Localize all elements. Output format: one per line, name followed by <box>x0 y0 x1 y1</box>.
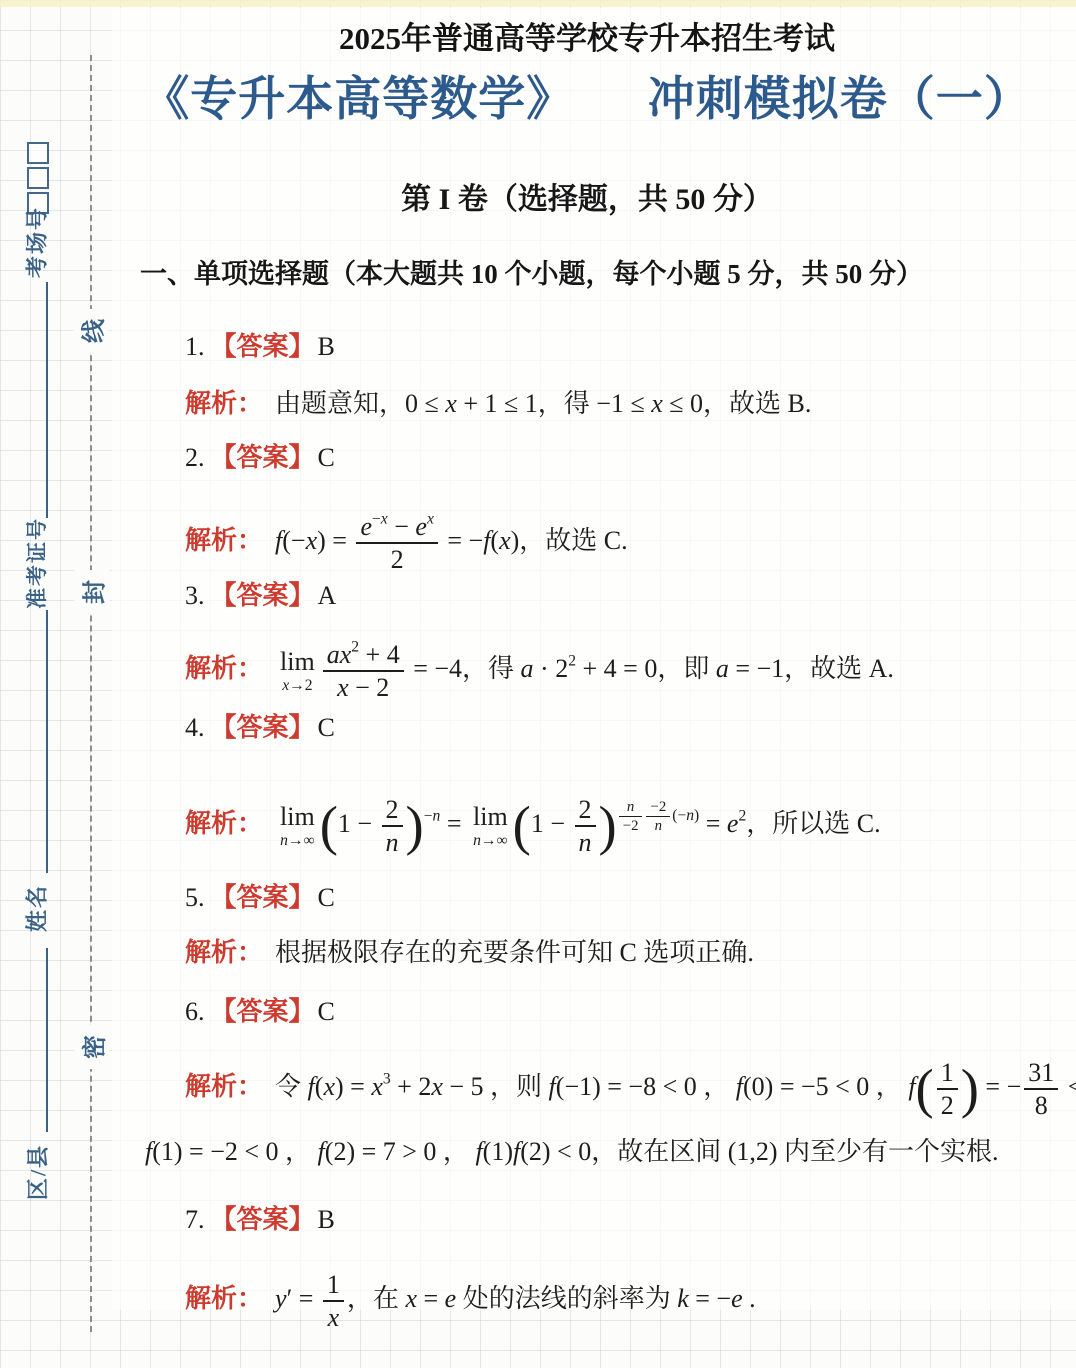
seal-char-feng: 封 <box>75 570 110 614</box>
item-1-solution-line: 解析：由题意知，0 ≤ x + 1 ≤ 1，得 −1 ≤ x ≤ 0，故选 B. <box>185 388 811 421</box>
answer-label: 【答案】 <box>211 883 315 912</box>
analysis-label: 解析： <box>185 654 263 683</box>
seal-char-line: 线 <box>74 309 109 353</box>
question-number: 5. <box>185 883 205 912</box>
paper-title-book: 《专升本高等数学》 <box>142 74 574 126</box>
admission-ticket-label: 准考证号 <box>21 517 51 609</box>
question-number: 1. <box>185 332 205 361</box>
answer-letter: B <box>318 1205 335 1234</box>
fill-in-line <box>46 282 48 518</box>
solution-math: limx→2ax2 + 4x − 2 = −4，得 a · 22 + 4 = 0… <box>275 654 894 683</box>
part-heading: 第 I 卷（选择题，共 50 分） <box>112 174 1062 218</box>
answer-letter: C <box>318 443 335 472</box>
answer-letter: C <box>318 997 335 1026</box>
item-5-solution-line: 解析：根据极限存在的充要条件可知 C 选项正确. <box>185 937 754 970</box>
item-4-answer-line: 4.【答案】C <box>185 712 335 745</box>
analysis-label: 解析： <box>185 938 263 967</box>
top-edge-tint <box>0 0 1076 7</box>
question-number: 4. <box>185 713 205 742</box>
item-6-solution-line-1: 解析：令 f(x) = x3 + 2x − 5 ，则 f(−1) = −8 < … <box>185 1058 1076 1120</box>
analysis-label: 解析： <box>185 526 263 555</box>
analysis-label: 解析： <box>185 389 263 418</box>
solution-math: limn→∞(1 − 2n)−n = limn→∞(1 − 2n)n−2−2n(… <box>275 809 881 838</box>
item-2-answer-line: 2.【答案】C <box>185 442 335 475</box>
answer-letter: C <box>318 883 335 912</box>
solution-math: f(1) = −2 < 0 ， f(2) = 7 > 0 ， f(1)f(2) … <box>145 1137 999 1166</box>
analysis-label: 解析： <box>185 809 263 838</box>
item-6-answer-line: 6.【答案】C <box>185 996 335 1029</box>
answer-label: 【答案】 <box>211 443 315 472</box>
paper-title: 《专升本高等数学》 冲刺模拟卷（一） <box>112 62 1062 129</box>
answer-letter: B <box>318 332 335 361</box>
item-7-answer-line: 7.【答案】B <box>185 1204 335 1237</box>
name-label: 姓名 <box>21 884 52 932</box>
district-label: 区/县 <box>22 1144 53 1200</box>
analysis-label: 解析： <box>185 1284 263 1313</box>
item-4-solution-line: 解析：limn→∞(1 − 2n)−n = limn→∞(1 − 2n)n−2−… <box>185 795 881 857</box>
item-3-solution-line: 解析：limx→2ax2 + 4x − 2 = −4，得 a · 22 + 4 … <box>185 640 894 702</box>
item-2-solution-line: 解析：f(−x) = e−x − ex2 = −f(x)，故选 C. <box>185 512 628 574</box>
answer-label: 【答案】 <box>211 713 315 742</box>
item-6-solution-line-2: f(1) = −2 < 0 ， f(2) = 7 > 0 ， f(1)f(2) … <box>145 1136 999 1169</box>
question-number: 3. <box>185 581 205 610</box>
answer-letter: A <box>318 581 337 610</box>
question-number: 2. <box>185 443 205 472</box>
fill-in-line <box>46 610 48 873</box>
seal-dashed-line <box>90 55 92 1332</box>
answer-label: 【答案】 <box>211 997 315 1026</box>
analysis-label: 解析： <box>185 1072 263 1101</box>
solution-math: f(−x) = e−x − ex2 = −f(x)，故选 C. <box>275 526 628 555</box>
item-1-answer-line: 1.【答案】B <box>185 331 335 364</box>
question-number: 6. <box>185 997 205 1026</box>
answer-label: 【答案】 <box>211 332 315 361</box>
answer-label: 【答案】 <box>211 1205 315 1234</box>
fill-in-line <box>46 948 48 1132</box>
solution-math: 由题意知，0 ≤ x + 1 ≤ 1，得 −1 ≤ x ≤ 0，故选 B. <box>275 389 811 418</box>
solution-math: y′ = 1x，在 x = e 处的法线的斜率为 k = −e . <box>275 1284 756 1313</box>
section-heading: 一、单项选择题（本大题共 10 个小题，每个小题 5 分，共 50 分） <box>140 252 923 291</box>
paper-title-volume: 冲刺模拟卷（一） <box>648 74 1032 126</box>
question-number: 7. <box>185 1205 205 1234</box>
item-5-answer-line: 5.【答案】C <box>185 882 335 915</box>
solution-math: 根据极限存在的充要条件可知 C 选项正确. <box>275 938 754 967</box>
exam-title: 2025年普通高等学校专升本招生考试 <box>112 13 1062 58</box>
number-box <box>27 142 49 164</box>
solution-math: 令 f(x) = x3 + 2x − 5 ，则 f(−1) = −8 < 0 ，… <box>275 1072 1076 1101</box>
item-3-answer-line: 3.【答案】A <box>185 580 336 613</box>
item-7-solution-line: 解析：y′ = 1x，在 x = e 处的法线的斜率为 k = −e . <box>185 1270 756 1332</box>
number-box <box>27 167 49 189</box>
answer-label: 【答案】 <box>211 581 315 610</box>
seal-char-mi: 密 <box>75 1025 110 1069</box>
answer-letter: C <box>318 713 335 742</box>
exam-room-label: 考场号 <box>21 206 52 278</box>
